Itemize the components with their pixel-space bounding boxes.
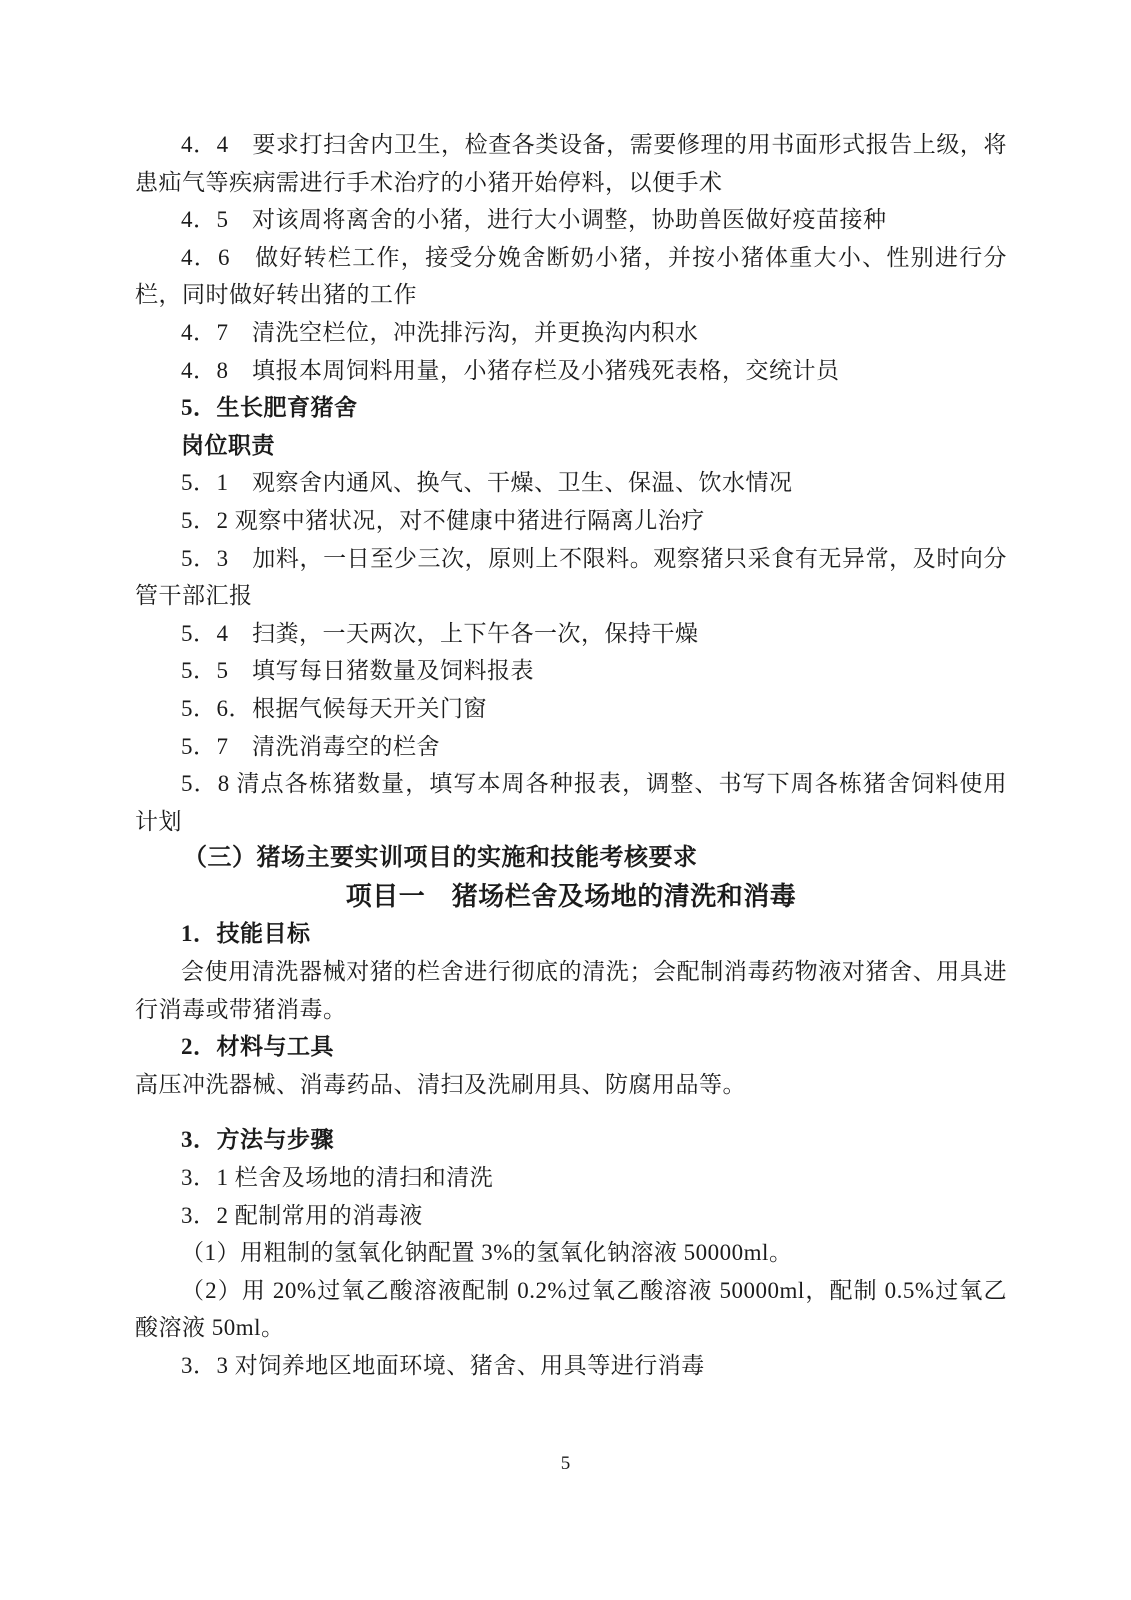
paragraph-materials-tools: 高压冲洗器械、消毒药品、清扫及洗刷用具、防腐用品等。 — [135, 1066, 1007, 1104]
heading-methods-steps: 3．方法与步骤 — [135, 1121, 1007, 1159]
list-item-5-6: 5．6．根据气候每天开关门窗 — [135, 690, 1007, 728]
page-footer: 5 — [0, 1449, 1131, 1479]
list-item-5-7: 5．7 清洗消毒空的栏舍 — [135, 728, 1007, 766]
page-number: 5 — [561, 1453, 571, 1474]
list-item-4-5: 4．5 对该周将离舍的小猪，进行大小调整，协助兽医做好疫苗接种 — [135, 201, 1007, 239]
heading-job-duties: 岗位职责 — [135, 427, 1007, 465]
list-item-paren-2: （2）用 20%过氧乙酸溶液配制 0.2%过氧乙酸溶液 50000ml，配制 0… — [135, 1272, 1007, 1347]
paragraph-skill-goal: 会使用清洗器械对猪的栏舍进行彻底的清洗；会配制消毒药物液对猪舍、用具进行消毒或带… — [135, 953, 1007, 1028]
heading-section-three: （三）猪场主要实训项目的实施和技能考核要求 — [135, 840, 1007, 878]
list-item-4-8: 4．8 填报本周饲料用量，小猪存栏及小猪残死表格，交统计员 — [135, 352, 1007, 390]
list-item-3-1: 3．1 栏舍及场地的清扫和清洗 — [135, 1159, 1007, 1197]
heading-project-one-title: 项目一 猪场栏舍及场地的清洗和消毒 — [135, 878, 1007, 916]
document-content: 4．4 要求打扫舍内卫生，检查各类设备，需要修理的用书面形式报告上级，将患疝气等… — [135, 126, 1007, 1385]
heading-section-5: 5．生长肥育猪舍 — [135, 389, 1007, 427]
list-item-5-2: 5．2 观察中猪状况，对不健康中猪进行隔离儿治疗 — [135, 502, 1007, 540]
heading-skill-goal: 1．技能目标 — [135, 915, 1007, 953]
list-item-4-4: 4．4 要求打扫舍内卫生，检查各类设备，需要修理的用书面形式报告上级，将患疝气等… — [135, 126, 1007, 201]
list-item-4-7: 4．7 清洗空栏位，冲洗排污沟，并更换沟内积水 — [135, 314, 1007, 352]
list-item-5-8: 5．8 清点各栋猪数量，填写本周各种报表，调整、书写下周各栋猪舍饲料使用计划 — [135, 765, 1007, 840]
list-item-5-1: 5．1 观察舍内通风、换气、干燥、卫生、保温、饮水情况 — [135, 464, 1007, 502]
list-item-5-3: 5．3 加料，一日至少三次，原则上不限料。观察猪只采食有无异常，及时向分管干部汇… — [135, 540, 1007, 615]
list-item-4-6: 4．6 做好转栏工作，接受分娩舍断奶小猪，并按小猪体重大小、性别进行分栏，同时做… — [135, 239, 1007, 314]
document-page: 4．4 要求打扫舍内卫生，检查各类设备，需要修理的用书面形式报告上级，将患疝气等… — [0, 0, 1131, 1600]
heading-materials-tools: 2．材料与工具 — [135, 1028, 1007, 1066]
list-item-3-2: 3．2 配制常用的消毒液 — [135, 1197, 1007, 1235]
list-item-3-3: 3．3 对饲养地区地面环境、猪舍、用具等进行消毒 — [135, 1347, 1007, 1385]
list-item-paren-1: （1）用粗制的氢氧化钠配置 3%的氢氧化钠溶液 50000ml。 — [135, 1234, 1007, 1272]
list-item-5-5: 5．5 填写每日猪数量及饲料报表 — [135, 652, 1007, 690]
list-item-5-4: 5．4 扫粪，一天两次，上下午各一次，保持干燥 — [135, 615, 1007, 653]
